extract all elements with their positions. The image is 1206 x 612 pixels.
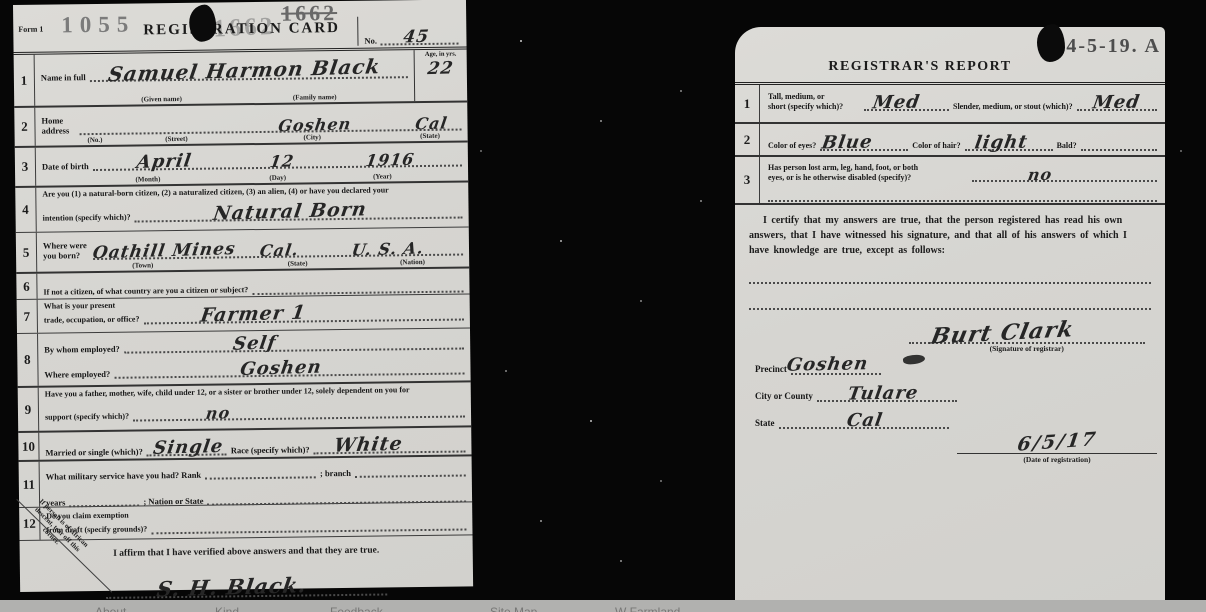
row-number: 6 xyxy=(16,274,37,299)
registration-card-header: Form 1 1055 1662 REGISTRATION CARD 1662 … xyxy=(13,0,467,55)
no-sublabel: (No.) xyxy=(87,136,102,144)
report-title: REGISTRAR'S REPORT xyxy=(735,59,1105,75)
military-branch-blank xyxy=(355,463,466,478)
foreign-citizen-blank xyxy=(252,279,463,296)
precinct-value: Goshen xyxy=(785,353,870,375)
serial-stamp: 1055 xyxy=(61,12,135,39)
home-state-value: Cal xyxy=(414,114,449,134)
dependents-question-2: support (specify which)? xyxy=(45,412,129,423)
row-number: 3 xyxy=(15,148,36,186)
state-label: State xyxy=(755,418,775,429)
age-label: Age, in yrs. xyxy=(418,50,464,58)
row-exemption: 12 Do you claim exemption from draft (sp… xyxy=(19,502,472,541)
city-county-value: Tulare xyxy=(846,382,920,404)
row-dependents: 9 Have you a father, mother, wife, child… xyxy=(18,382,472,433)
hair-color-label: Color of hair? xyxy=(912,141,960,151)
birthplace-state-value: Cal. xyxy=(258,241,300,261)
footer-link-kind[interactable]: Kind xyxy=(215,605,239,612)
viewer-footer-strip: About Kind Feedback Site Map W Farmland xyxy=(0,600,1206,612)
build-question: Slender, medium, or stout (which)? xyxy=(953,102,1073,112)
employer-label: By whom employed? xyxy=(44,344,120,355)
precinct-label: Precinct xyxy=(755,364,787,375)
foreign-citizen-question: If not a citizen, of what country are yo… xyxy=(43,286,248,298)
form-number-label: Form 1 xyxy=(18,25,43,34)
certification-blank-line-1 xyxy=(749,258,1151,284)
race-label: Race (specify which)? xyxy=(231,444,310,455)
dependents-question: Have you a father, mother, wife, child u… xyxy=(45,385,465,400)
birthplace-nation-value: U. S. A. xyxy=(351,239,426,260)
birthplace-town-value: Oathill Mines xyxy=(91,239,237,263)
registration-date-block: 6/5/17 (Date of registration) xyxy=(957,431,1157,464)
row-occupation: 7 What is your present trade, occupation… xyxy=(17,294,470,334)
row-home-address: 2 Home address Goshen Cal (No.) (Street)… xyxy=(14,102,467,148)
height-value: Med xyxy=(871,92,921,114)
street-sublabel: (Street) xyxy=(165,135,188,143)
row-number: 1 xyxy=(14,55,36,106)
bald-label: Bald? xyxy=(1057,141,1077,151)
registration-card-body: 1 Name in full Samuel Harmon Black (Give… xyxy=(14,49,473,540)
age-box: Age, in yrs. 22 xyxy=(414,49,468,101)
work-location-value: Goshen xyxy=(239,357,323,380)
row-eyes-hair: 2 Color of eyes? Blue Color of hair? lig… xyxy=(735,124,1165,157)
occupation-value: Farmer 1 xyxy=(199,301,307,326)
military-rank-label: What military service have you had? Rank xyxy=(46,470,201,482)
row-number: 3 xyxy=(735,157,760,203)
disability-question-2: eyes, or is he otherwise disabled (speci… xyxy=(768,173,911,182)
registration-date-value: 6/5/17 xyxy=(1016,428,1099,455)
citizenship-value: Natural Born xyxy=(211,198,368,225)
employer-value: Self xyxy=(231,332,277,354)
document-viewer-canvas: Form 1 1055 1662 REGISTRATION CARD 1662 … xyxy=(0,0,1206,612)
age-value: 22 xyxy=(426,58,455,79)
citizenship-question-2: intention (specify which)? xyxy=(43,213,131,224)
card-number-value: 45 xyxy=(402,27,431,48)
bald-blank xyxy=(1081,137,1157,151)
row-number: 10 xyxy=(18,433,39,460)
disability-extra-blank xyxy=(768,192,1157,202)
state-sublabel: (State) xyxy=(420,132,440,140)
row-name: 1 Name in full Samuel Harmon Black (Give… xyxy=(14,49,468,108)
row-number: 5 xyxy=(16,233,37,272)
build-value: Med xyxy=(1091,92,1141,114)
row-number: 1 xyxy=(735,85,760,122)
family-name-sublabel: (Family name) xyxy=(293,93,337,102)
row-number: 2 xyxy=(735,124,760,155)
disability-value: no xyxy=(1026,165,1053,184)
citizenship-question: Are you (1) a natural-born citizen, (2) … xyxy=(42,185,462,200)
birthplace-label: Where were you born? xyxy=(43,240,89,261)
registration-date-line xyxy=(957,453,1157,454)
dob-year-value: 1916 xyxy=(364,150,415,170)
row-citizenship: 4 Are you (1) a natural-born citizen, (2… xyxy=(15,182,469,233)
month-sublabel: (Month) xyxy=(135,175,160,183)
footer-link-sitemap[interactable]: Site Map xyxy=(490,605,537,612)
state-value: Cal xyxy=(845,410,884,432)
dob-month-value: April xyxy=(135,150,193,173)
height-question-2: short (specify which)? xyxy=(768,102,843,111)
footer-link-feedback[interactable]: Feedback xyxy=(330,605,383,612)
footer-link-about[interactable]: About xyxy=(95,605,126,612)
registrars-report-header: 4-5-19. A REGISTRAR'S REPORT xyxy=(735,27,1165,85)
military-rank-blank xyxy=(205,464,316,479)
name-label: Name in full xyxy=(41,72,86,83)
hair-color-value: light xyxy=(973,132,1029,154)
city-county-label: City or County xyxy=(755,391,813,402)
row-disability: 3 Has person lost arm, leg, hand, foot, … xyxy=(735,157,1165,205)
row-number: 4 xyxy=(15,188,37,232)
registrars-report-card: 4-5-19. A REGISTRAR'S REPORT 1 Tall, med… xyxy=(735,27,1165,605)
marital-label: Married or single (which)? xyxy=(45,446,142,457)
day-sublabel: (Day) xyxy=(269,174,286,182)
footer-link-farmland[interactable]: W Farmland xyxy=(615,605,680,612)
row-build: 1 Tall, medium, or short (specify which)… xyxy=(735,85,1165,124)
registration-date-caption: (Date of registration) xyxy=(957,455,1157,464)
registrar-certification: I certify that my answers are true, that… xyxy=(735,205,1165,258)
registration-card: Form 1 1055 1662 REGISTRATION CARD 1662 … xyxy=(13,0,473,592)
dob-day-value: 12 xyxy=(268,151,295,171)
given-name-sublabel: (Given name) xyxy=(141,95,182,103)
ink-smudge xyxy=(902,354,925,366)
row-number: 8 xyxy=(17,334,39,386)
ink-blot xyxy=(189,5,216,42)
overprint-stamp-struck: 1662 xyxy=(281,0,337,27)
height-question-1: Tall, medium, or xyxy=(768,92,825,101)
marital-value: Single xyxy=(152,436,225,459)
dob-label: Date of birth xyxy=(42,161,89,172)
row-birthplace: 5 Where were you born? Oathill Mines Cal… xyxy=(16,227,469,274)
eye-color-value: Blue xyxy=(820,132,874,154)
row-employer: 8 By whom employed? Self Where employed?… xyxy=(17,328,471,388)
registrar-signature-block: Burt Clark (Signature of registrar) xyxy=(909,316,1146,353)
film-speckles xyxy=(0,0,2,2)
row-number: 2 xyxy=(14,108,35,146)
name-value: Samuel Harmon Black xyxy=(107,54,383,86)
certification-blank-line-2 xyxy=(749,284,1151,310)
card-number-box: No. 45 xyxy=(357,16,462,46)
eye-color-label: Color of eyes? xyxy=(768,141,816,151)
ink-blot xyxy=(1037,24,1065,62)
occupation-label-2: trade, occupation, or office? xyxy=(44,314,140,325)
city-sublabel: (City) xyxy=(303,133,321,141)
disability-question-1: Has person lost arm, leg, hand, foot, or… xyxy=(768,163,918,172)
date-stamp: 4-5-19. A xyxy=(1066,35,1161,58)
race-value: White xyxy=(333,433,405,457)
nation-sublabel: (Nation) xyxy=(400,258,425,266)
registration-location-block: Precinct Goshen City or County Tulare St… xyxy=(735,353,1165,429)
town-sublabel: (Town) xyxy=(132,261,153,269)
row-number: 9 xyxy=(18,388,40,431)
military-nation-label: ; Nation or State xyxy=(143,496,203,507)
exemption-blank xyxy=(151,516,466,534)
dependents-value: no xyxy=(205,403,232,423)
year-sublabel: (Year) xyxy=(373,172,392,180)
row-number: 7 xyxy=(17,300,38,333)
military-branch-label: ; branch xyxy=(320,468,351,479)
home-address-label: Home address xyxy=(41,115,75,136)
card-number-label: No. xyxy=(364,35,377,45)
work-location-label: Where employed? xyxy=(44,369,110,380)
row-date-of-birth: 3 Date of birth April 12 1916 (Month) (D… xyxy=(15,142,468,188)
registrant-signature: S. H. Black. xyxy=(155,572,309,601)
military-years-blank xyxy=(69,492,139,507)
row-military-service: 11 What military service have you had? R… xyxy=(19,456,473,508)
state-sublabel: (State) xyxy=(288,259,308,267)
